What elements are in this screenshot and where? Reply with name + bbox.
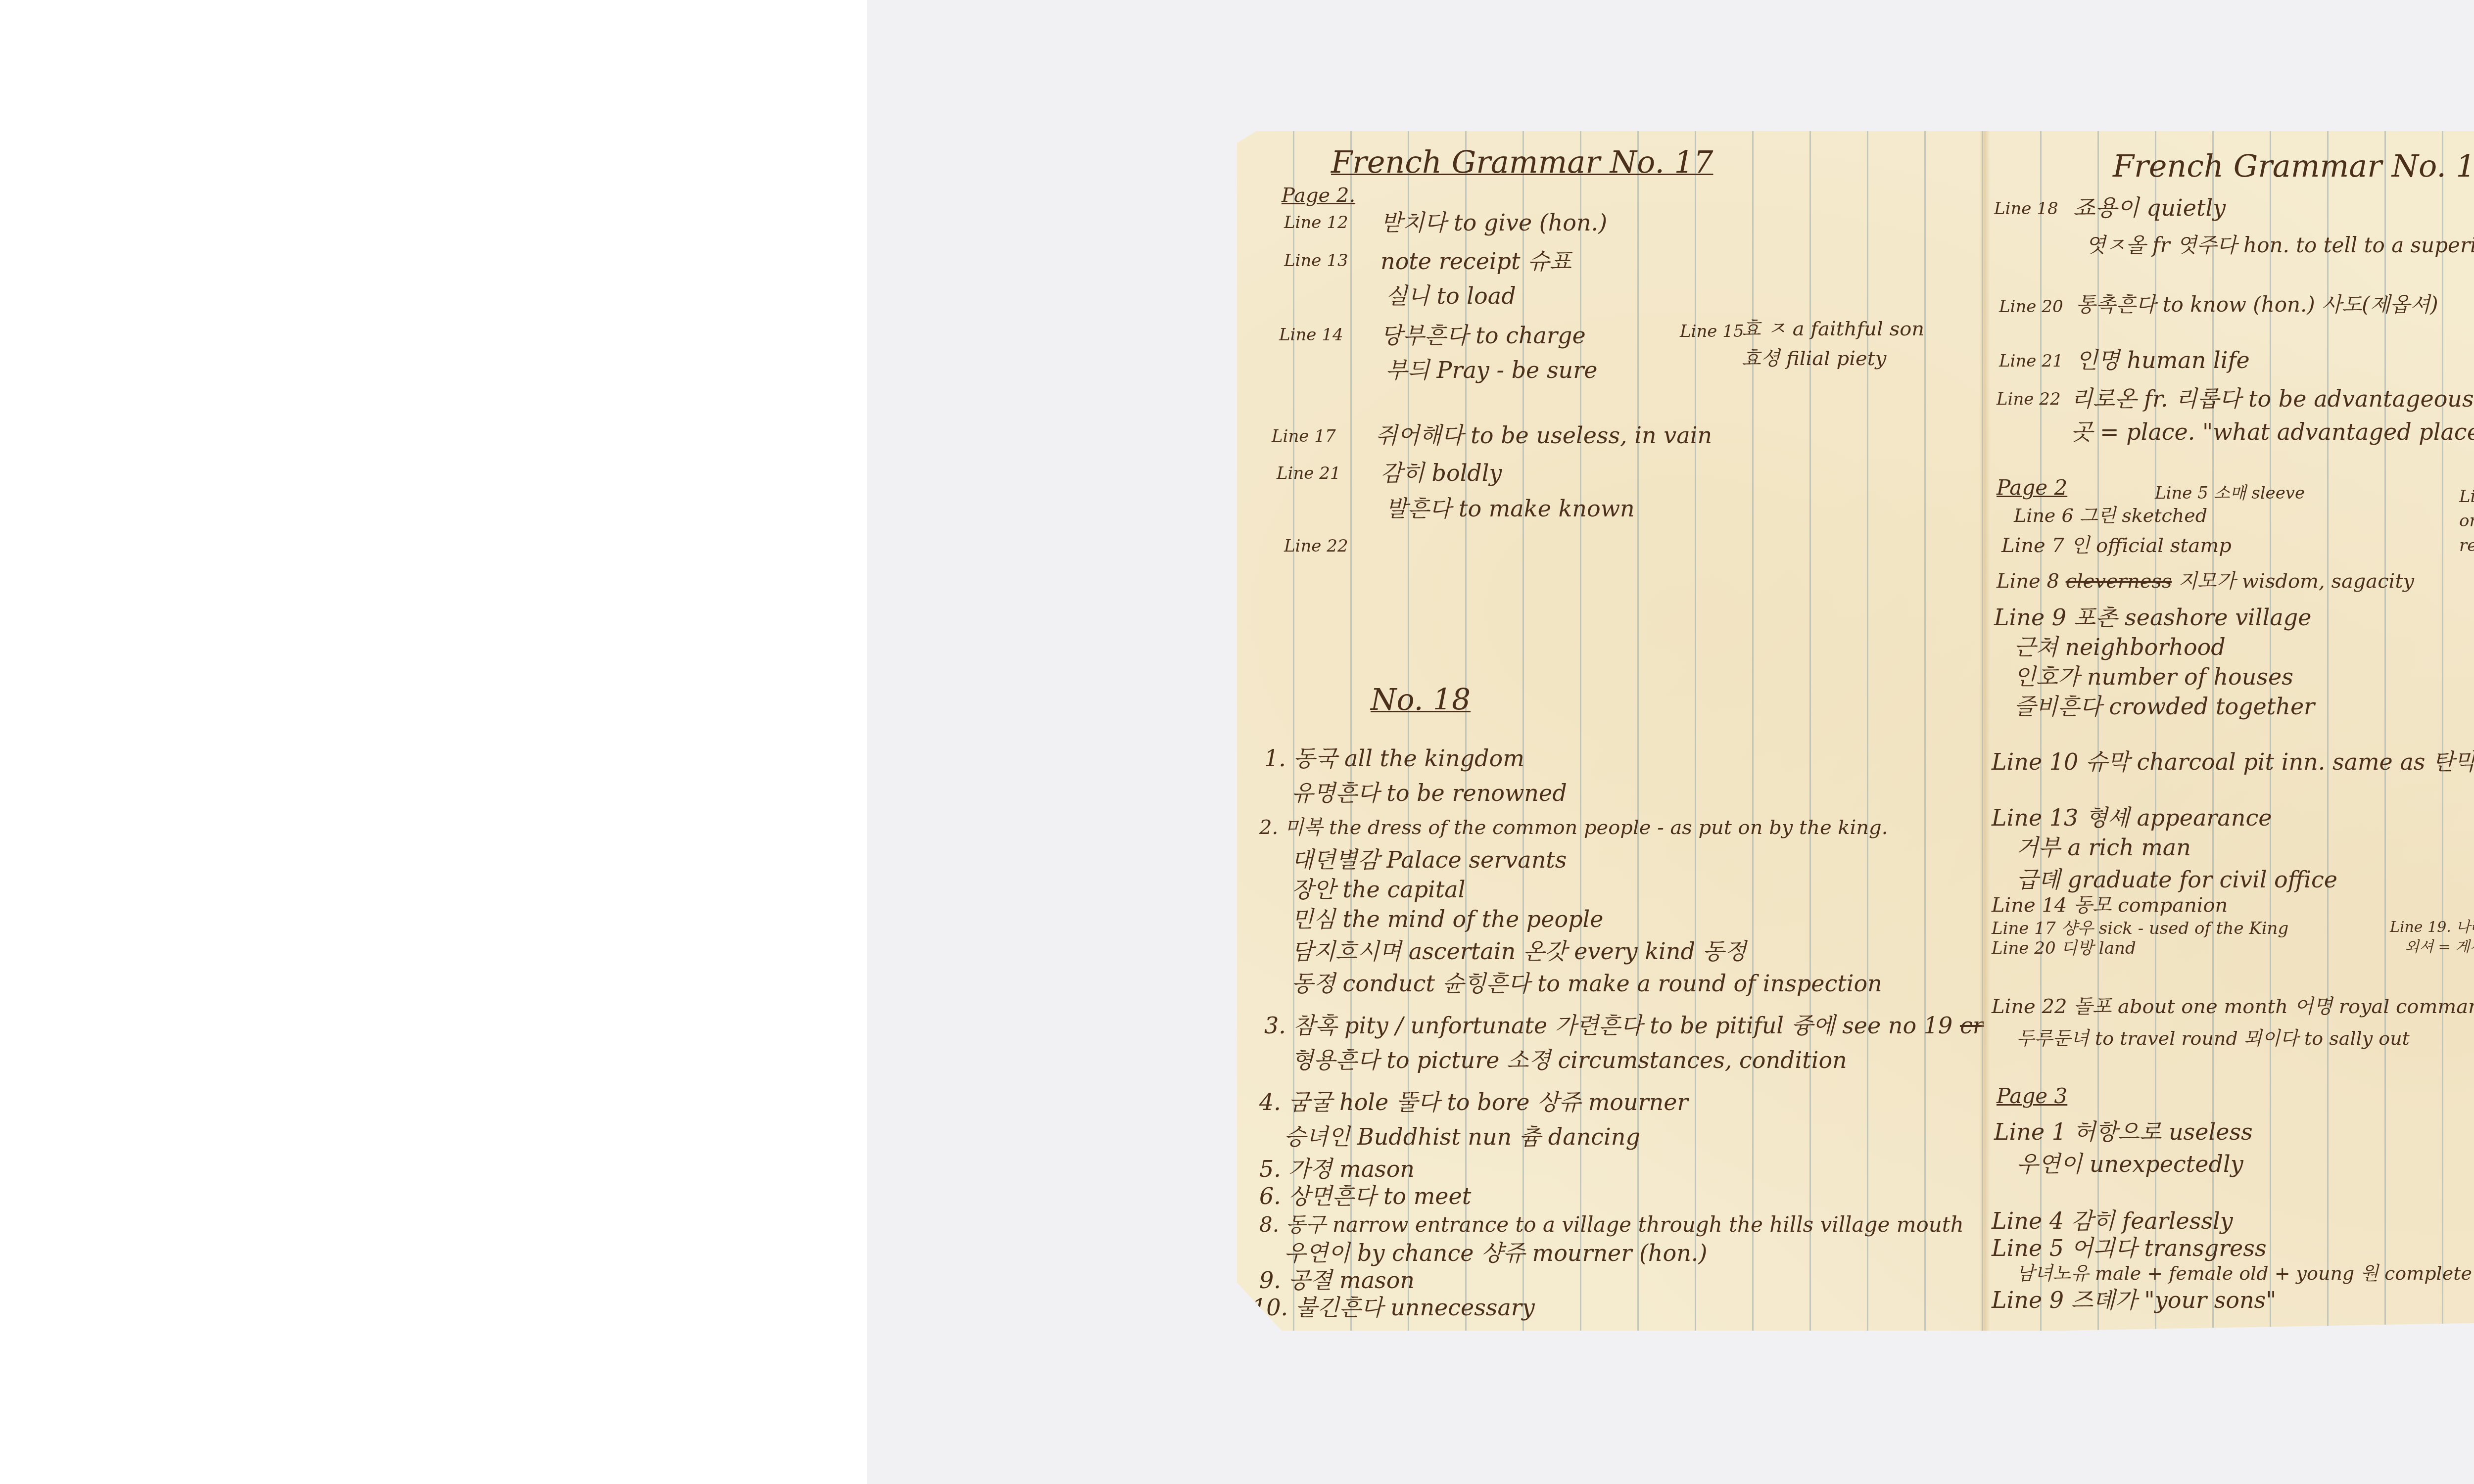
vocab-entry: 발흔다 to make known xyxy=(1385,497,1635,520)
line-ref: Line 12 xyxy=(1284,214,1348,231)
line-ref: Line 13 xyxy=(1284,252,1348,269)
vocab-entry: Line 3. 뵈옵다 to call on, pay one's respec… xyxy=(2459,485,2474,558)
vocab-entry: Line 5 어긔다 transgress xyxy=(1992,1237,2267,1259)
vocab-entry: 곳 = place. "what advantaged place is the… xyxy=(2071,420,2474,443)
vocab-entry: 3. 참혹 pity / unfortunate 가련흔다 to be piti… xyxy=(1264,1014,1984,1037)
vocab-entry: 즐비흔다 crowded together xyxy=(2014,695,2315,718)
vocab-entry: 형용흔다 to picture 소졍 circumstances, condit… xyxy=(1291,1049,1847,1071)
vocab-entry: Line 22 돌포 about one month 어명 royal comm… xyxy=(1992,997,2474,1017)
vocab-entry: 남녀노유 male + female old + young 원 complet… xyxy=(2016,1264,2472,1283)
vocab-entry: 외셔 = 게셔 when used of a place xyxy=(2405,940,2474,955)
vocab-entry: 2. 미복 the dress of the common people - a… xyxy=(1259,818,1888,837)
vocab-entry: 인명 human life xyxy=(2076,349,2250,371)
vocab-entry: Line 4 감히 fearlessly xyxy=(1992,1209,2233,1232)
vocab-entry: Line 7 인 official stamp xyxy=(2001,536,2232,556)
annotation: same as 탄막 xyxy=(2332,748,2474,775)
line-ref: Line 22 xyxy=(1997,391,2061,408)
vocab-entry: 9. 공졀 mason xyxy=(1259,1269,1415,1292)
line-ref: Line 20 xyxy=(1999,298,2063,315)
vocab-entry: Line 1 허항으로 useless xyxy=(1994,1120,2253,1143)
vocab-entry: Line 20 디방 land xyxy=(1992,940,2136,957)
vocab-entry: 1. 동국 all the kingdom xyxy=(1264,747,1524,770)
vocab-entry: Line 9 즈뎨가 "your sons" xyxy=(1992,1289,2276,1311)
vocab-entry: Line 5 소매 sleeve xyxy=(2155,485,2305,502)
vocab-entry: 유명흔다 to be renowned xyxy=(1291,782,1567,804)
vocab-entry: 죠용이 quietly xyxy=(2073,196,2226,219)
vocab-entry: Line 13 형셰 appearance xyxy=(1992,806,2272,829)
vocab-entry: Line 14 동모 companion xyxy=(1992,895,2228,915)
manuscript-sheet: French Grammar No. 17 Page 2. Line 12 받치… xyxy=(1237,131,2474,1331)
vocab-entry: 5. 가졍 mason xyxy=(1259,1158,1415,1180)
line-ref: Line 17 xyxy=(1272,428,1336,445)
vocab-entry: 효 ㅈ a faithful son xyxy=(1742,319,1924,339)
line-ref: Line 21 xyxy=(1999,353,2063,370)
vocab-entry: 6. 상면흔다 to meet xyxy=(1259,1185,1471,1207)
vocab-entry: note receipt 슈표 xyxy=(1380,250,1571,273)
vocab-entry: 10. 불긴흔다 unnecessary xyxy=(1252,1296,1535,1319)
side-note: village mouth xyxy=(1820,1212,1964,1237)
vocab-entry: 인호가 number of houses xyxy=(2014,665,2293,688)
vocab-entry: Line 9 포촌 seashore village xyxy=(1994,606,2311,629)
left-section-label: Page 2. xyxy=(1282,185,1355,205)
vocab-entry: 거부 a rich man xyxy=(2016,836,2191,859)
ruling-lines xyxy=(1237,131,1984,1331)
vocab-entry: 받치다 to give (hon.) xyxy=(1380,211,1607,234)
vocab-entry: Line 6 그린 sketched xyxy=(2014,506,2207,525)
vocab-entry: 우연이 by chance 샹쥬 mourner (hon.) xyxy=(1284,1242,1707,1264)
vocab-entry: 동졍 conduct 슌힝흔다 to make a round of inspe… xyxy=(1291,972,1882,995)
vocab-entry: Line 17 샹우 sick - used of the King xyxy=(1992,920,2288,937)
vocab-entry: Line 10 슈막 charcoal pit inn. same as 탄막 xyxy=(1992,750,2474,773)
line-ref: Line 22 xyxy=(1284,538,1348,555)
line-ref: Line 14 xyxy=(1279,326,1343,343)
vocab-entry: 쥐어해다 to be useless, in vain xyxy=(1376,424,1712,447)
line-ref: Line 18 xyxy=(1994,200,2058,217)
section-no-18-title: No. 18 xyxy=(1371,685,1471,715)
vocab-entry: 감히 boldly xyxy=(1380,462,1502,484)
vocab-entry: 부듸 Pray - be sure xyxy=(1385,359,1597,381)
vocab-entry: 급뎨 graduate for civil office xyxy=(2016,868,2337,891)
vocab-entry: Line 8 cleverness 지모가 wisdom, sagacity xyxy=(1997,571,2414,591)
vocab-entry: 리로온 fr. 리롭다 to be advantageous. xyxy=(2071,387,2474,410)
right-section-label: Page 2 xyxy=(1997,477,2067,498)
vocab-entry: 민심 the mind of the people xyxy=(1291,908,1604,930)
vocab-entry: 엿ㅈ올 fr 엿주다 hon. to tell to a superior gi… xyxy=(2086,235,2474,256)
line-ref: Line 15 xyxy=(1680,323,1744,340)
vocab-entry: 실니 to load xyxy=(1385,284,1516,307)
vocab-entry: 4. 굼굴 hole 뚤다 to bore 상쥬 mourner xyxy=(1259,1091,1688,1113)
vocab-entry: 승녀인 Buddhist nun 츔 dancing xyxy=(1284,1125,1640,1148)
vocab-entry: 대뎐별감 Palace servants xyxy=(1291,848,1567,871)
vocab-entry: 통촉흔다 to know (hon.) 사도(제옵셔) xyxy=(2076,294,2438,315)
right-page-title: French Grammar No. 17 xyxy=(2113,151,2474,182)
vocab-entry: 우연이 unexpectedly xyxy=(2016,1153,2243,1175)
vocab-entry: 장안 the capital xyxy=(1291,878,1465,901)
vocab-entry: 8. 동구 narrow entrance to a village throu… xyxy=(1259,1214,1964,1235)
page-3-label: Page 3 xyxy=(1997,1086,2067,1107)
vocab-entry: Line 19. 나라외셔 = 님금께셔 xyxy=(2390,920,2474,935)
struck-word: cleverness xyxy=(2066,570,2172,593)
vocab-entry: 담지흐시며 ascertain 온갓 every kind 동정 xyxy=(1291,940,1746,963)
annotation: - used of the King xyxy=(2138,919,2289,938)
vocab-entry: 두루둔녀 to travel round 뫼이다 to sally out xyxy=(2016,1029,2410,1048)
right-page: French Grammar No. 17 Line 18 죠용이 quietl… xyxy=(1984,131,2474,1331)
left-page: French Grammar No. 17 Page 2. Line 12 받치… xyxy=(1237,131,1984,1331)
vocab-entry: 근쳐 neighborhood xyxy=(2014,636,2226,658)
line-ref: Line 21 xyxy=(1277,465,1341,482)
vocab-entry: 효셩 filial piety xyxy=(1742,349,1886,369)
left-page-title: French Grammar No. 17 xyxy=(1331,147,1713,178)
vocab-entry: 당부흔다 to charge xyxy=(1380,324,1586,347)
